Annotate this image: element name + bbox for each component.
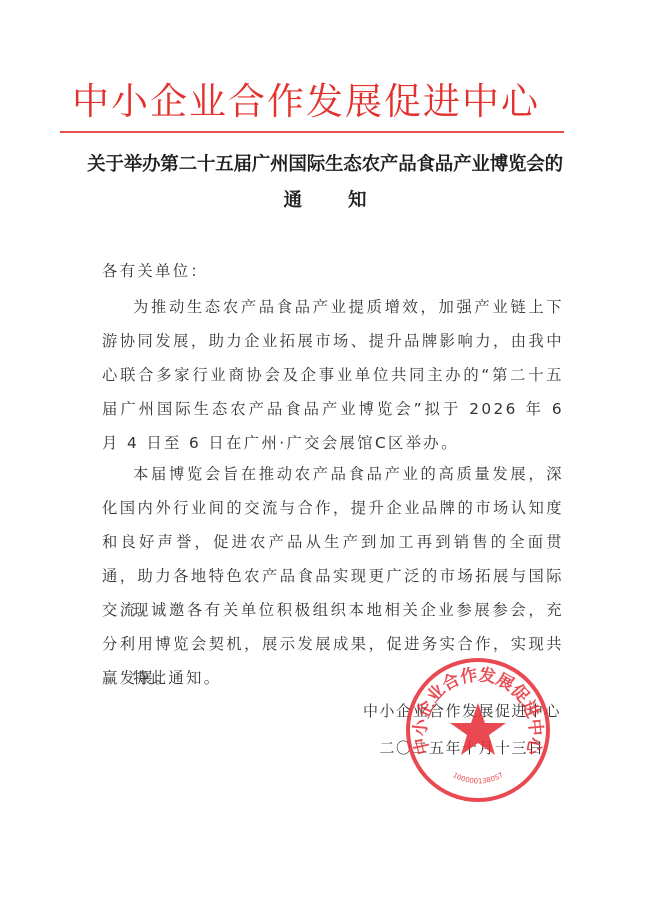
official-seal: 中小企业合作发展促进中心 1000001380S7	[403, 655, 553, 805]
title-char-2: 知	[348, 186, 367, 212]
star-icon	[450, 703, 506, 755]
salutation: 各有关单位：	[102, 254, 558, 288]
letterhead-org-name: 中小企业合作发展促进中心	[72, 80, 572, 124]
seal-icon: 中小企业合作发展促进中心 1000001380S7	[403, 655, 553, 805]
letterhead-rule	[60, 131, 564, 133]
document-title-notice: 通知	[0, 186, 650, 212]
title-char-1: 通	[283, 186, 302, 212]
paragraph-1: 为推动生态农产品食品产业提质增效，加强产业链上下游协同发展，助力企业拓展市场、提…	[102, 290, 564, 460]
document-title: 关于举办第二十五届广州国际生态农产品食品产业博览会的	[0, 150, 650, 176]
svg-text:1000001380S7: 1000001380S7	[451, 771, 504, 785]
